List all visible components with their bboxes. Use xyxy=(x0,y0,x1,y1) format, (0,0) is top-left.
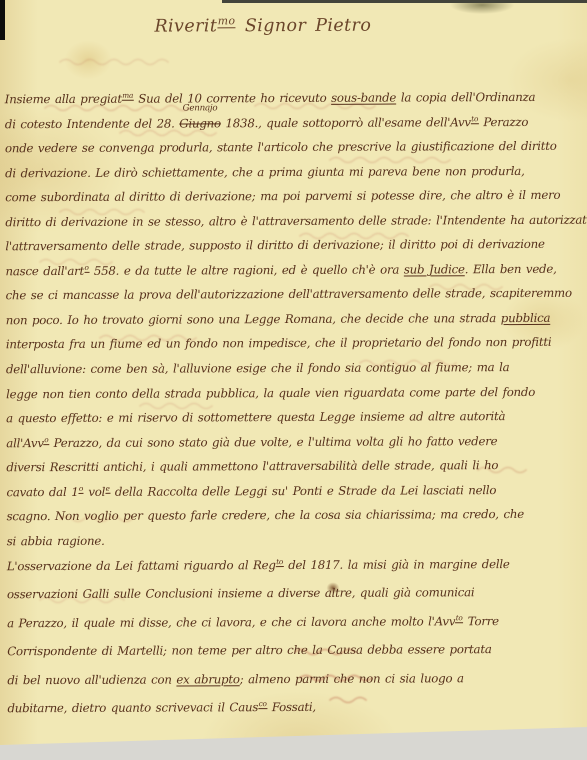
manuscript-line: legge non tien conto della strada pubbli… xyxy=(6,379,584,406)
manuscript-line: a questo effetto: e mi riservo di sottom… xyxy=(6,404,584,431)
manuscript-line: onde vedere se convenga produrla, stante… xyxy=(5,134,583,161)
manuscript-line: dubitarne, dietro quanto scrivevaci il C… xyxy=(7,692,585,723)
manuscript-line: l'attraversamento delle strade, supposto… xyxy=(5,232,583,259)
manuscript-line: di cotesto Intendente del 28. GennajoGiu… xyxy=(5,109,583,136)
manuscript-line: cavato dal 1o vole della Raccolta delle … xyxy=(6,477,584,504)
inserted-word: Gennajo xyxy=(183,104,218,113)
manuscript-text: Riveritmo Signor Pietro Insieme alla pre… xyxy=(0,0,587,760)
manuscript-line: osservazioni Galli sulle Conclusioni ins… xyxy=(7,578,585,609)
manuscript-line: che se ci mancasse la prova dell'autoriz… xyxy=(6,281,584,308)
manuscript-line: di derivazione. Le dirò schiettamente, c… xyxy=(5,158,583,185)
paragraph-2: L'osservazione da Lei fattami riguardo a… xyxy=(7,550,586,723)
manuscript-line: diversi Rescritti antichi, i quali ammet… xyxy=(6,453,584,480)
manuscript-line: all'Avvo Perazzo, da cui sono stato già … xyxy=(6,428,584,455)
paragraph-1: Insieme alla pregiatma Sua del 10 corren… xyxy=(5,85,585,554)
manuscript-line: non poco. Io ho trovato giorni sono una … xyxy=(6,306,584,333)
manuscript-line: diritto di derivazione in se stesso, alt… xyxy=(5,207,583,234)
manuscript-line: scagno. Non voglio per questo farle cred… xyxy=(7,502,585,529)
scanned-letter: Riveritmo Signor Pietro Insieme alla pre… xyxy=(0,0,587,760)
manuscript-line: di bel nuovo all'udienza con ex abrupto;… xyxy=(7,663,585,694)
salutation: Riveritmo Signor Pietro xyxy=(154,16,371,37)
manuscript-line: L'osservazione da Lei fattami riguardo a… xyxy=(7,550,585,581)
correction: GennajoGiugno xyxy=(179,111,221,136)
manuscript-line: dell'alluvione: come ben sà, l'alluvione… xyxy=(6,355,584,382)
manuscript-line: Insieme alla pregiatma Sua del 10 corren… xyxy=(5,85,583,112)
manuscript-line: a Perazzo, il quale mi disse, che ci lav… xyxy=(7,607,585,638)
manuscript-line: come subordinata al diritto di derivazio… xyxy=(5,183,583,210)
manuscript-line: interposta fra un fiume ed un fondo non … xyxy=(6,330,584,357)
manuscript-line: nasce dall'arto 558. e da tutte le altre… xyxy=(5,257,583,284)
manuscript-line: Corrispondente di Martelli; non teme per… xyxy=(7,635,585,666)
